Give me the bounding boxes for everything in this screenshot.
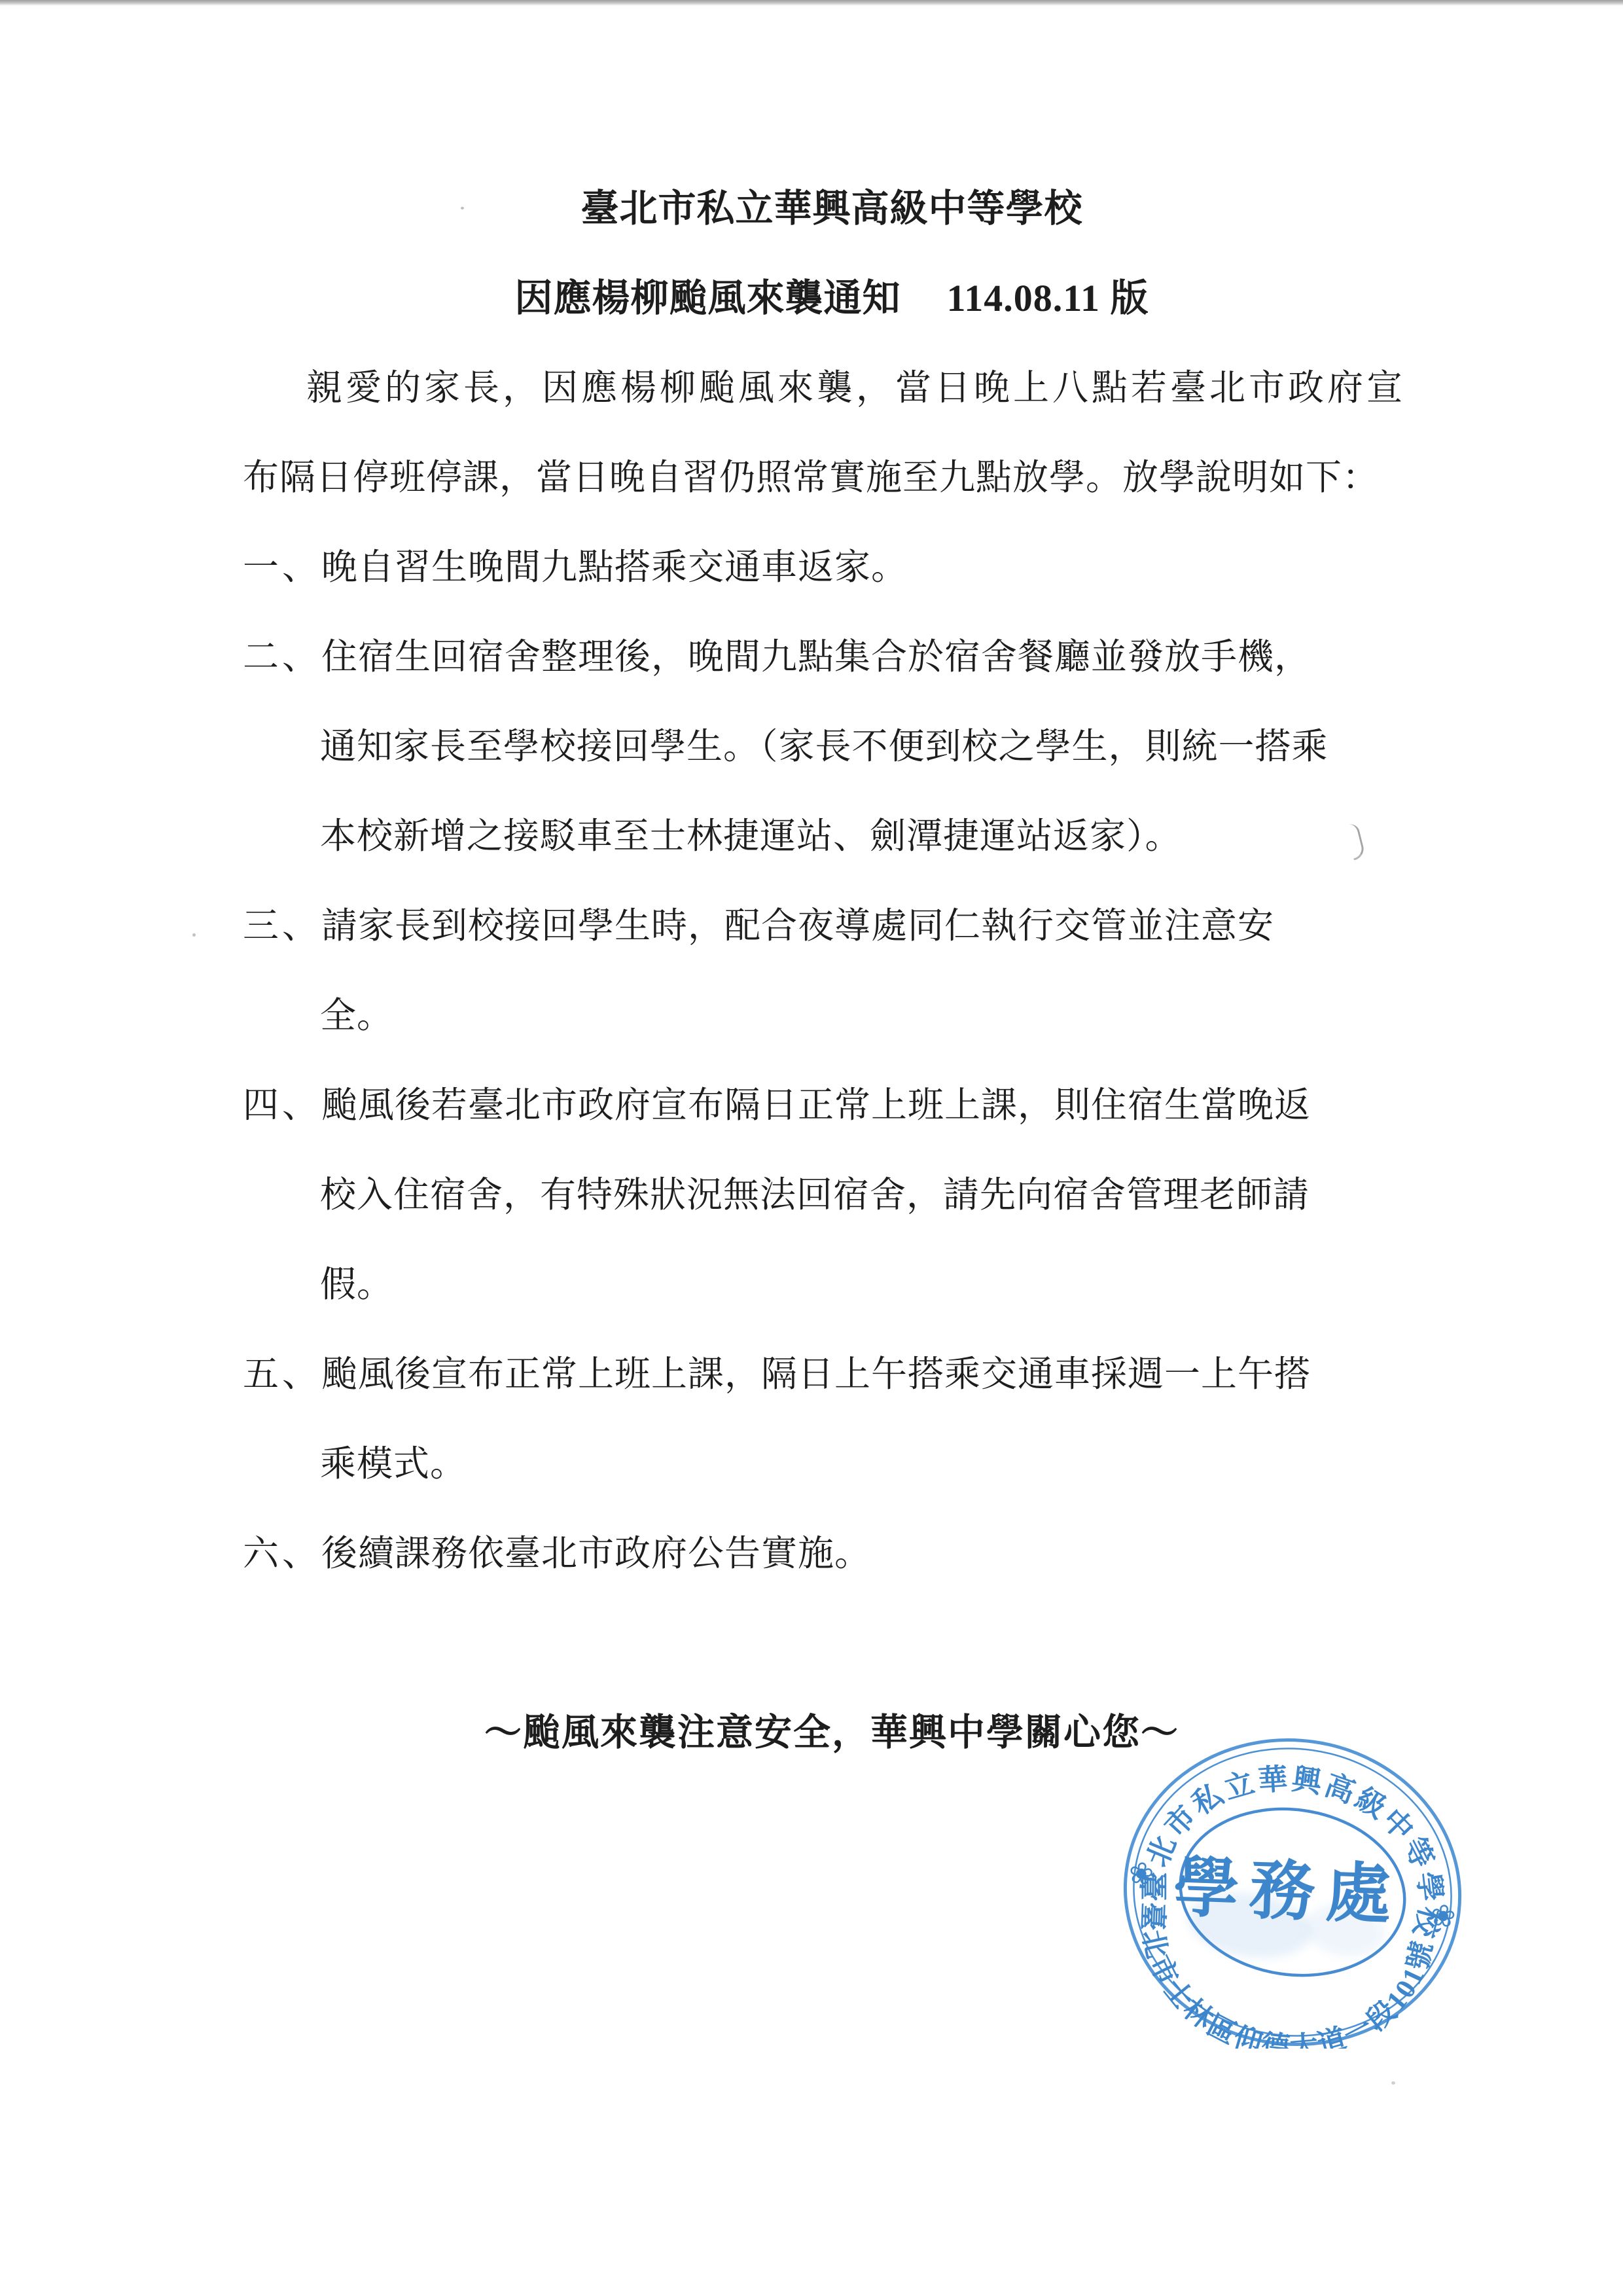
notice-subtitle: 因應楊柳颱風來襲通知	[514, 277, 901, 319]
item-5-marker: 五、	[243, 1354, 321, 1394]
scan-speck-artifact	[461, 207, 464, 209]
school-name-title: 臺北市私立華興高級中等學校	[243, 164, 1421, 253]
scanned-notice-page: 臺北市私立華興高級中等學校 因應楊柳颱風來襲通知114.08.11 版 親愛的家…	[0, 0, 1623, 2296]
list-item-6: 六、後續課務依臺北市政府公告實施。	[243, 1509, 1421, 1598]
scan-speck-artifact	[1391, 2081, 1395, 2085]
item-4-marker: 四、	[243, 1085, 321, 1125]
item-4-text-line-2: 校入住宿舍，有特殊狀況無法回宿舍，請先向宿舍管理老師請	[243, 1150, 1421, 1240]
item-2-text-line-3: 本校新增之接駁車至士林捷運站、劍潭捷運站返家）。	[243, 791, 1421, 881]
item-1-marker: 一、	[243, 547, 321, 587]
list-item-3: 三、請家長到校接回學生時，配合夜導處同仁執行交管並注意安	[243, 881, 1421, 971]
item-5-text-line-1: 颱風後宣布正常上班上課，隔日上午搭乘交通車採週一上午搭	[321, 1354, 1311, 1394]
list-item-1: 一、晚自習生晚間九點搭乘交通車返家。	[243, 522, 1421, 612]
plum-blossom-icon-left: ❀	[1126, 1856, 1156, 1892]
notice-version: 114.08.11 版	[946, 277, 1149, 319]
notice-body: 臺北市私立華興高級中等學校 因應楊柳颱風來襲通知114.08.11 版 親愛的家…	[243, 164, 1421, 1778]
list-item-4: 四、颱風後若臺北市政府宣布隔日正常上班上課，則住宿生當晚返	[243, 1060, 1421, 1150]
intro-line-2: 布隔日停班停課，當日晚自習仍照常實施至九點放學。放學說明如下：	[243, 433, 1421, 522]
intro-line-1: 親愛的家長，因應楊柳颱風來襲，當日晚上八點若臺北市政府宣	[243, 343, 1421, 433]
plum-blossom-icon-right: ❀	[1429, 1897, 1458, 1934]
item-2-text-line-1: 住宿生回宿舍整理後，晚間九點集合於宿舍餐廳並發放手機，	[321, 637, 1311, 677]
item-1-text: 晚自習生晚間九點搭乘交通車返家。	[321, 547, 908, 587]
list-item-2: 二、住宿生回宿舍整理後，晚間九點集合於宿舍餐廳並發放手機，	[243, 612, 1421, 702]
notice-title-line: 因應楊柳颱風來襲通知114.08.11 版	[243, 253, 1421, 343]
item-3-marker: 三、	[243, 906, 321, 946]
scanner-edge-artifact	[0, 0, 1623, 6]
scan-speck-artifact	[192, 933, 196, 937]
item-6-marker: 六、	[243, 1534, 321, 1573]
item-3-text-line-2: 全。	[243, 971, 1421, 1060]
stamp-center-text: 學務處	[1173, 1852, 1403, 1932]
item-6-text: 後續課務依臺北市政府公告實施。	[321, 1534, 871, 1573]
list-item-5: 五、颱風後宣布正常上班上課，隔日上午搭乘交通車採週一上午搭	[243, 1329, 1421, 1419]
office-stamp: 臺北市私立華興高級中等學校 臺北市士林區仰德大道一段101號 學務處 ❀ ❀	[1121, 1736, 1465, 2049]
item-2-text-line-2: 通知家長至學校接回學生。（家長不便到校之學生，則統一搭乘	[243, 702, 1421, 791]
item-4-text-line-1: 颱風後若臺北市政府宣布隔日正常上班上課，則住宿生當晚返	[321, 1085, 1311, 1125]
item-3-text-line-1: 請家長到校接回學生時，配合夜導處同仁執行交管並注意安	[321, 906, 1274, 946]
blank-line	[243, 1598, 1421, 1688]
item-2-marker: 二、	[243, 637, 321, 677]
item-5-text-line-2: 乘模式。	[243, 1419, 1421, 1509]
item-4-text-line-3: 假。	[243, 1240, 1421, 1329]
